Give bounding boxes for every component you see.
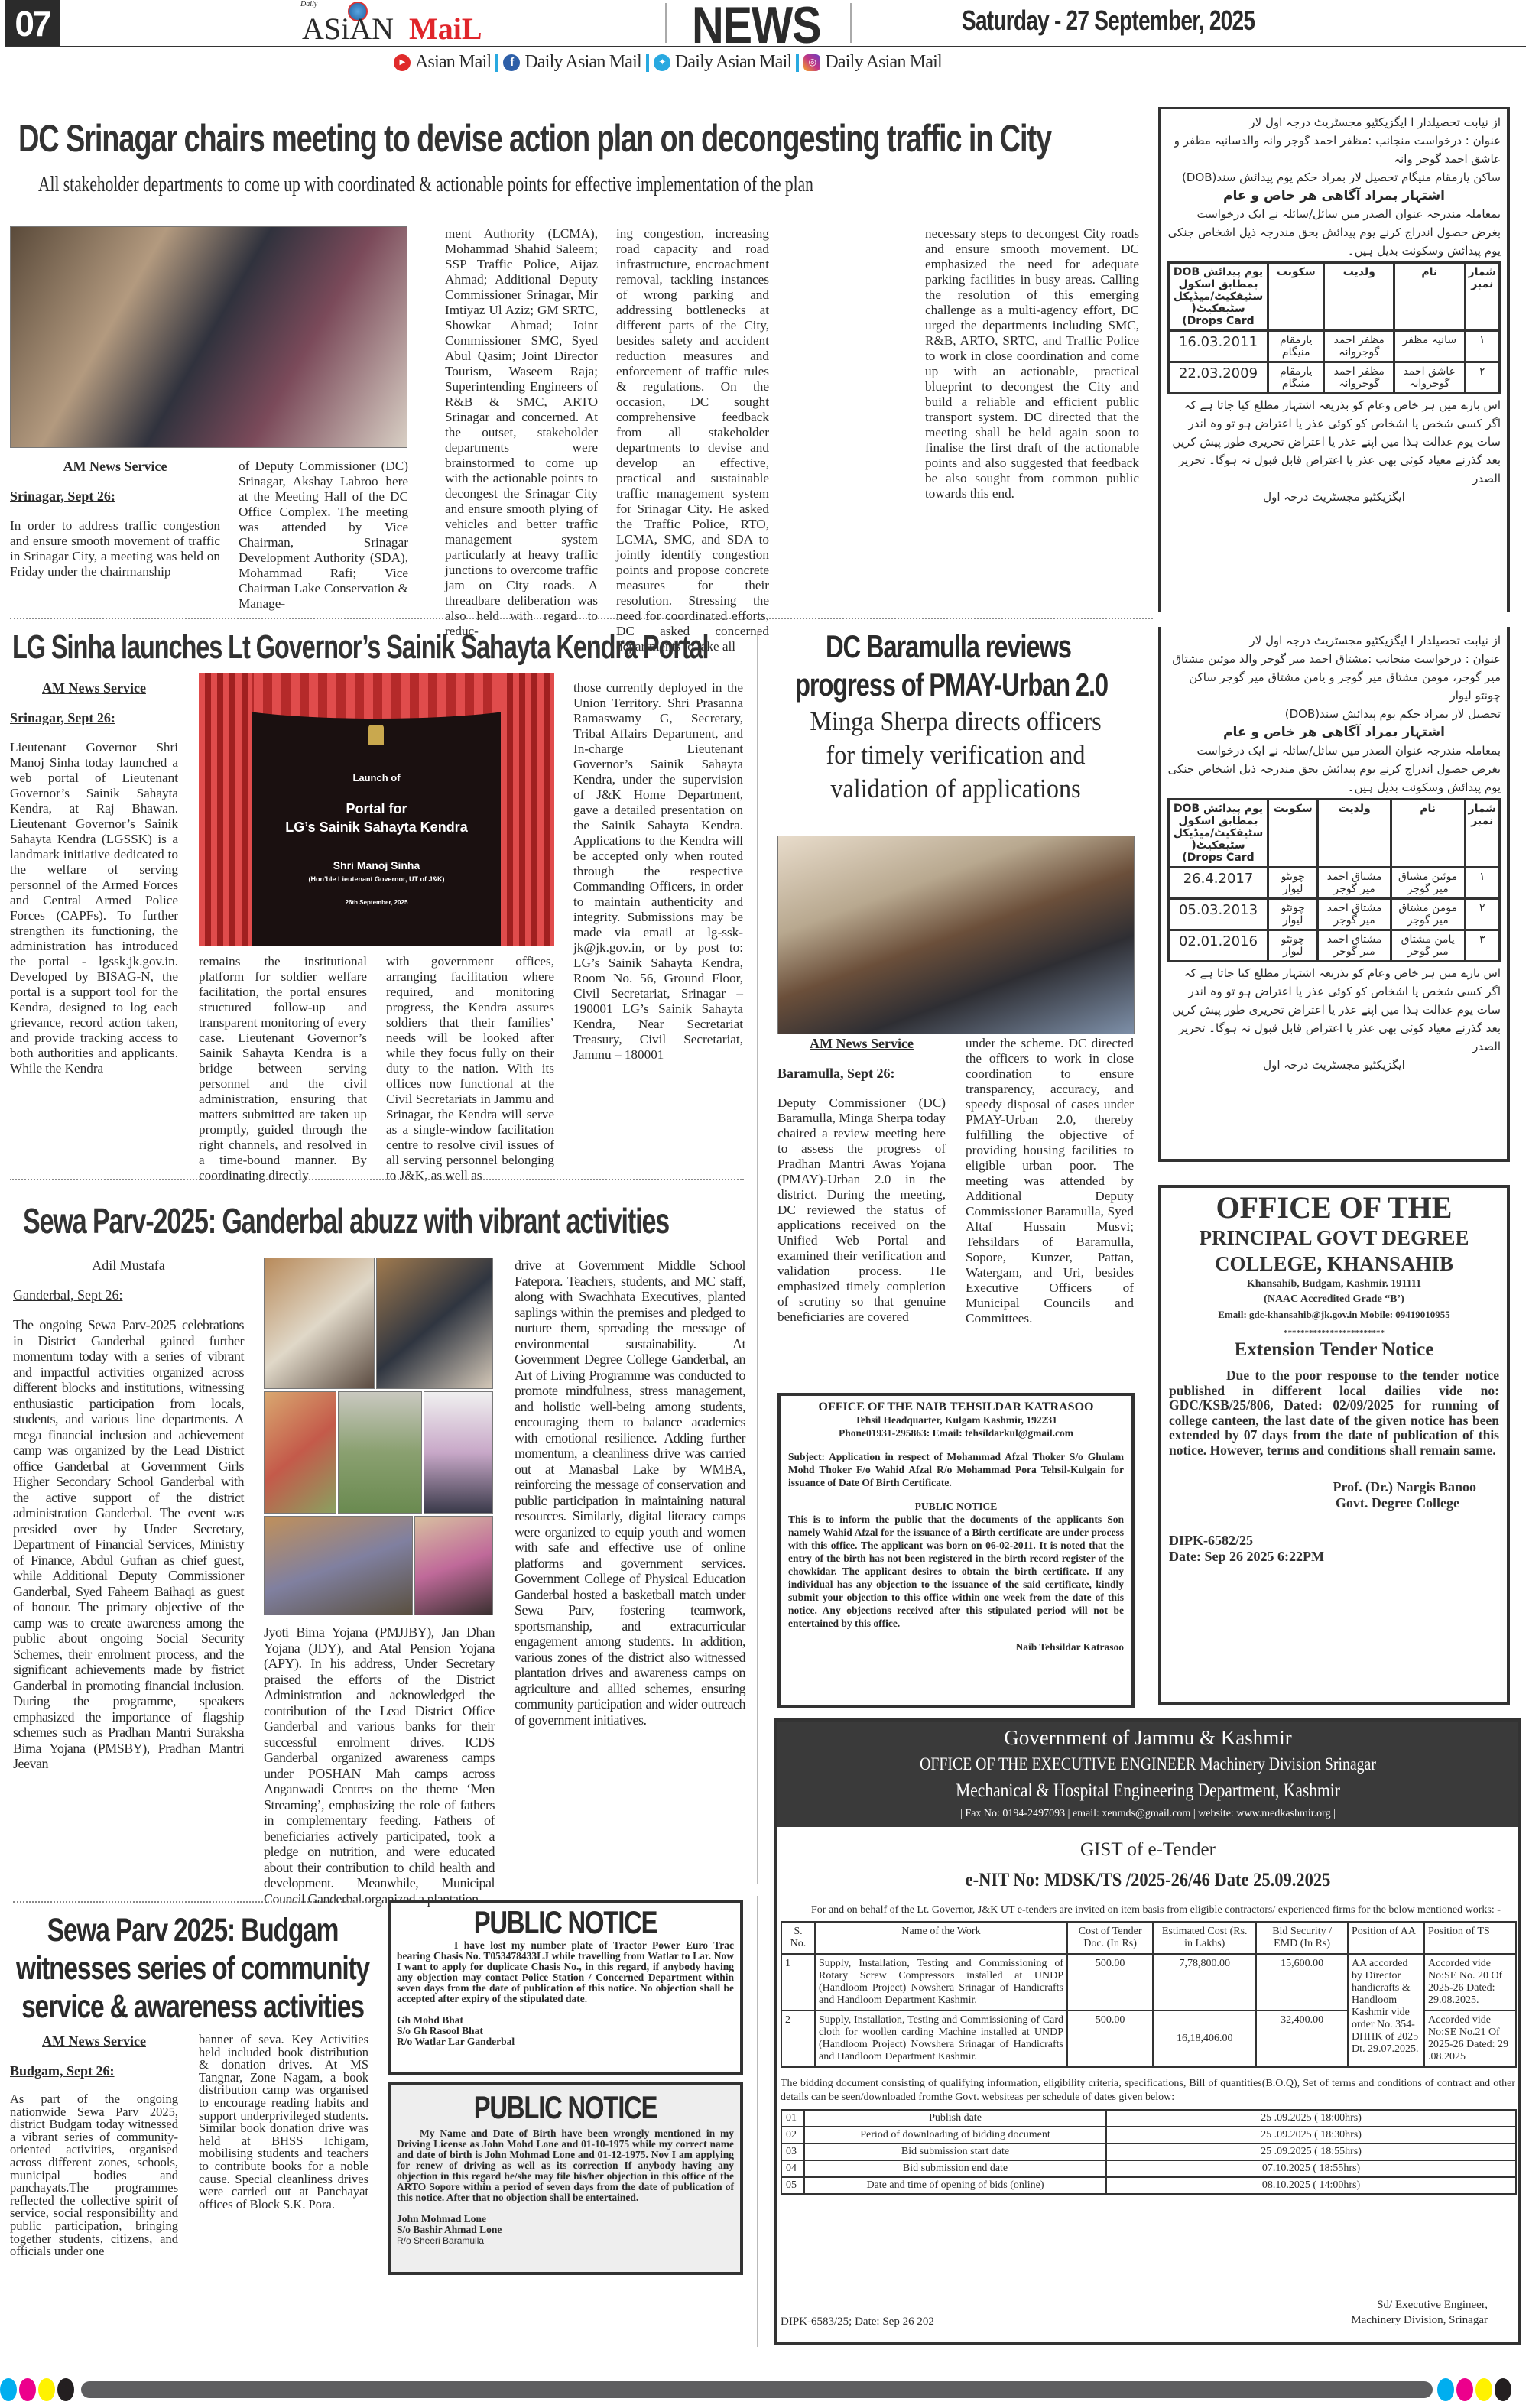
cmyk-cyan-icon (1437, 2378, 1454, 2401)
tender-dept: Mechanical & Hospital Engineering Depart… (829, 1778, 1466, 1804)
page-number: 07 (5, 0, 60, 47)
public-notice-2: PUBLIC NOTICE My Name and Date of Birth … (388, 2082, 743, 2275)
urdu-notice-2: از نیابت تحصیلدار ا ایگزیکٹیو مجسٹریٹ در… (1158, 627, 1510, 1162)
masthead-divider (850, 3, 852, 43)
college-sign2: Govt. Degree College (1169, 1495, 1499, 1511)
article4-photo-collage (264, 1258, 493, 1615)
college-contact[interactable]: Email: gdc-khansahib@jk.gov.in Mobile: 0… (1169, 1307, 1499, 1322)
tender-schedule-table: 01Publish date25 .09.2025 ( 18:00hrs) 02… (781, 2109, 1517, 2195)
article1-col5: necessary steps to decongest City roads … (925, 226, 1139, 501)
public-notice2-sign1: John Mohmad Lone (397, 2214, 734, 2225)
article3-col1: Deputy Commissioner (DC) Baramulla, Ming… (777, 1095, 946, 1325)
youtube-icon[interactable]: ▶ (394, 54, 411, 71)
column-rule (757, 631, 758, 1884)
footer-grey-bar (81, 2381, 1433, 2398)
social-youtube-label[interactable]: Asian Mail (415, 52, 491, 73)
college-address: Khansahib, Budgam, Kashmir. 191111 (1169, 1277, 1499, 1292)
naib-body: This is to inform the public that the do… (788, 1513, 1124, 1630)
article3-photo (777, 836, 1135, 1034)
article3-headline-1[interactable]: DC Baramulla reviews (826, 628, 1071, 665)
college-title: Extension Tender Notice (1169, 1338, 1499, 1362)
table-row: 05Date and time of opening of bids (onli… (781, 2177, 1516, 2194)
naib-address: Tehsil Headquarter, Kulgam Kashmir, 1922… (788, 1413, 1124, 1426)
college-naac: (NAAC Accredited Grade “B’) (1169, 1292, 1499, 1307)
section-divider (13, 1901, 370, 1903)
urdu1-table: شمار نمبرنامولدیتسکونتیوم پیدائش DOB بمط… (1167, 261, 1501, 394)
article1-photo (10, 226, 407, 448)
article3-subhead: Minga Sherpa directs officers for timely… (797, 705, 1114, 806)
public-notice1-sign2: S/o Gh Rasool Bhat (397, 2026, 734, 2036)
naib-subject: Subject: Application in respect of Moham… (788, 1450, 1124, 1489)
article4-byline: Adil Mustafa (13, 1258, 244, 1274)
college-date: Date: Sep 26 2025 6:22PM (1169, 1549, 1499, 1565)
public-notice1-sign3: R/o Watlar Lar Ganderbal (397, 2036, 734, 2047)
print-footer-bar (0, 2376, 1529, 2403)
urdu2-intro: بمعاملہ مندرجہ عنوان الصدر میں سائل/سائل… (1167, 742, 1501, 797)
article2-photo: Launch of Portal for LG’s Sainik Sahayta… (199, 673, 554, 946)
article4-headline[interactable]: Sewa Parv-2025: Ganderbal abuzz with vib… (23, 1200, 669, 1241)
article3-byline: AM News Service (777, 1036, 946, 1052)
college-body: Due to the poor response to the tender n… (1169, 1368, 1499, 1458)
article2-headline[interactable]: LG Sinha launches Lt Governor’s Sainik S… (12, 628, 708, 667)
public-notice2-sign2: S/o Bashir Ahmad Lone (397, 2225, 734, 2235)
college-line1: OFFICE OF THE (1169, 1191, 1499, 1225)
social-twitter-label[interactable]: Daily Asian Mail (675, 52, 792, 73)
tender-office: OFFICE OF THE EXECUTIVE ENGINEER Machine… (829, 1751, 1466, 1778)
tender-contact: | Fax No: 0194-2497093 | email: xenmds@g… (777, 1804, 1518, 1824)
article1-subhead: All stakeholder departments to come up w… (38, 172, 813, 197)
urdu1-line2: عنوان : درخواست منجانب :مظفر احمد گوجر و… (1167, 131, 1501, 168)
college-stars: ************************ (1169, 1329, 1499, 1338)
masthead-rule (5, 46, 1526, 47)
article3-headline-2[interactable]: progress of PMAY-Urban 2.0 (795, 667, 1108, 703)
article2-byline: AM News Service (10, 680, 178, 696)
instagram-icon[interactable]: ◎ (803, 54, 820, 71)
tender-sign2: Machinery Division, Srinagar (1351, 2314, 1488, 2327)
article5-col1: As part of the ongoing nationwide Sewa P… (10, 2093, 178, 2258)
public-notice2-body: My Name and Date of Birth have been wron… (397, 2128, 734, 2203)
urdu2-footer: اس بارے میں ہر خاص وعام کو بذریعہ اشتہار… (1167, 964, 1501, 1056)
naib-office: OFFICE OF THE NAIB TEHSILDAR KATRASOO (788, 1400, 1124, 1413)
article2-col4: those currently deployed in the Union Te… (573, 680, 743, 1063)
article1-col4: ing congestion, increasing road capacity… (616, 226, 769, 654)
tender-bidding-text: The bidding document consisting of quali… (781, 2077, 1515, 2105)
naib-contact: Phone01931-295863: Email: tehsildarkul@g… (788, 1426, 1124, 1439)
social-divider (796, 54, 799, 72)
logo-daily: Daily (300, 0, 317, 8)
govt-etender-notice: Government of Jammu & Kashmir OFFICE OF … (774, 1718, 1521, 2345)
table-row: 02Period of downloading of bidding docum… (781, 2127, 1516, 2144)
urdu1-sign: ایگزیکٹیو مجسٹریٹ درجہ اول (1167, 488, 1501, 506)
article3-dateline: Baramulla, Sept 26: (777, 1066, 946, 1082)
social-divider (495, 54, 498, 72)
section-divider (10, 618, 1153, 619)
cmyk-black-icon (1495, 2378, 1511, 2401)
tender-sign1: Sd/ Executive Engineer, (1377, 2299, 1488, 2312)
urdu1-line3: ساکن یارمقام منیگام تحصیل لار بمراد حکم … (1167, 168, 1501, 187)
masthead-divider (665, 3, 667, 43)
urdu2-line2: عنوان : درخواست منجانب :مشتاق احمد میر گ… (1167, 650, 1501, 705)
college-line3: COLLEGE, KHANSAHIB (1169, 1251, 1499, 1277)
article5-col2: banner of seva. Key Activities held incl… (199, 2033, 368, 2211)
twitter-icon[interactable]: ✦ (654, 54, 670, 71)
public-notice2-sign3: R/o Sheeri Baramulla (397, 2235, 734, 2246)
article1-col1: In order to address traffic congestion a… (10, 518, 220, 579)
urdu1-line1: از نیابت تحصیلدار ا ایگزیکٹیو مجسٹریٹ در… (1167, 113, 1501, 131)
tender-gov: Government of Jammu & Kashmir (777, 1725, 1518, 1751)
article2-dateline: Srinagar, Sept 26: (10, 710, 178, 726)
article3-col2: under the scheme. DC directed the office… (966, 1036, 1134, 1326)
table-row: 01Publish date25 .09.2025 ( 18:00hrs) (781, 2110, 1516, 2127)
article1-col2: of Deputy Commissioner (DC) Srinagar, Ak… (239, 459, 408, 612)
public-notice1-title: PUBLIC NOTICE (434, 1905, 697, 1940)
cmyk-magenta-icon (1456, 2378, 1473, 2401)
emblem-icon (368, 725, 384, 745)
cmyk-magenta-icon (19, 2378, 36, 2401)
table-row: 03Bid submission start date25 .09.2025 (… (781, 2144, 1516, 2160)
public-notice1-sign1: Gh Mohd Bhat (397, 2015, 734, 2026)
tender-intro: For and on behalf of the Lt. Governor, J… (781, 1903, 1515, 1916)
social-facebook-label[interactable]: Daily Asian Mail (524, 52, 641, 73)
cmyk-yellow-icon (1475, 2378, 1492, 2401)
article1-dateline: Srinagar, Sept 26: (10, 488, 220, 505)
article5-byline: AM News Service (10, 2033, 178, 2049)
article4-col2: Jyoti Bima Yojana (PMJJBY), Jan Dhan Yoj… (264, 1624, 495, 1907)
urdu2-line3: تحصیل لار بمراد حکم یوم پیدائش سند(DOB) (1167, 705, 1501, 723)
public-notice1-body: I have lost my number plate of Tractor P… (397, 1940, 734, 2004)
college-sign1: Prof. (Dr.) Nargis Banoo (1169, 1479, 1499, 1495)
article4-col3: drive at Government Middle School Fatepo… (515, 1258, 745, 1728)
public-notice-1: PUBLIC NOTICE I have lost my number plat… (388, 1900, 743, 2075)
social-divider (646, 54, 649, 72)
article5-headline[interactable]: Sewa Parv 2025: Budgam witnesses series … (14, 1911, 372, 2026)
article1-headline[interactable]: DC Srinagar chairs meeting to devise act… (18, 116, 1051, 161)
article2-col3: with government offices, arranging facil… (386, 954, 554, 1183)
urdu1-intro: بمعاملہ مندرجہ عنوان الصدر میں سائل/سائل… (1167, 205, 1501, 260)
tender-gist: GIST of e-Tender (777, 1839, 1518, 1861)
article5-dateline: Budgam, Sept 26: (10, 2063, 178, 2079)
table-row: 04Bid submission end date07.10.2025 ( 18… (781, 2160, 1516, 2177)
urdu2-table: شمار نمبرنامولدیتسکونتیوم پیدائش DOB بمط… (1167, 798, 1501, 962)
masthead-logo[interactable]: Daily ASiAN MaiL (294, 0, 539, 47)
naib-sign: Naib Tehsildar Katrasoo (788, 1640, 1124, 1653)
urdu2-heading: اشتہار بمراد آگاھی ھر خاص و عام (1167, 723, 1501, 742)
article2-col1: Lieutenant Governor Shri Manoj Sinha tod… (10, 740, 178, 1076)
naib-heading: PUBLIC NOTICE (788, 1500, 1124, 1513)
social-instagram-label[interactable]: Daily Asian Mail (825, 52, 942, 73)
college-tender-notice: OFFICE OF THE PRINCIPAL GOVT DEGREE COLL… (1158, 1185, 1510, 1705)
social-links: ▶ Asian Mail f Daily Asian Mail ✦ Daily … (394, 52, 942, 73)
article1-col3: ment Authority (LCMA), Mohammad Shahid S… (445, 226, 598, 639)
logo-asian: ASiAN (302, 11, 394, 47)
college-dipk: DIPK-6582/25 (1169, 1533, 1499, 1549)
article1-byline: AM News Service (10, 459, 220, 475)
logo-mail: MaiL (409, 11, 482, 47)
cmyk-black-icon (57, 2378, 74, 2401)
tender-header: Government of Jammu & Kashmir OFFICE OF … (777, 1722, 1518, 1827)
public-notice2-title: PUBLIC NOTICE (434, 2087, 697, 2128)
tender-dipk: DIPK-6583/25; Date: Sep 26 202 (781, 2316, 934, 2328)
article4-dateline: Ganderbal, Sept 26: (13, 1287, 244, 1303)
naib-tehsildar-notice: OFFICE OF THE NAIB TEHSILDAR KATRASOO Te… (777, 1393, 1135, 1708)
article4-col1: The ongoing Sewa Parv-2025 celebrations … (13, 1317, 244, 1772)
urdu-notice-1: از نیابت تحصیلدار ا ایگزیکٹیو مجسٹریٹ در… (1158, 107, 1510, 612)
college-line2: PRINCIPAL GOVT DEGREE (1169, 1225, 1499, 1251)
tender-enit: e-NIT No: MDSK/TS /2025-26/46 Date 25.09… (814, 1870, 1481, 1891)
facebook-icon[interactable]: f (503, 54, 520, 71)
cmyk-cyan-icon (0, 2378, 17, 2401)
table-row: 1 Supply, Installation, Testing and Comm… (781, 1954, 1516, 2010)
column-rule (757, 1896, 758, 2347)
urdu2-sign: ایگزیکٹیو مجسٹریٹ درجہ اول (1167, 1056, 1501, 1074)
urdu1-heading: اشتہار بمراد آگاھی ھر خاص و عام (1167, 187, 1501, 205)
article2-col2: remains the institutional platform for s… (199, 954, 367, 1183)
cmyk-yellow-icon (38, 2378, 55, 2401)
urdu2-line1: از نیابت تحصیلدار ا ایگزیکٹیو مجسٹریٹ در… (1167, 631, 1501, 650)
issue-date: Saturday - 27 September, 2025 (962, 5, 1255, 37)
urdu1-footer: اس بارے میں ہر خاص وعام کو بذریعہ اشتہار… (1167, 396, 1501, 488)
tender-works-table: S. No. Name of the Work Cost of Tender D… (781, 1921, 1517, 2068)
section-divider (10, 1179, 744, 1180)
